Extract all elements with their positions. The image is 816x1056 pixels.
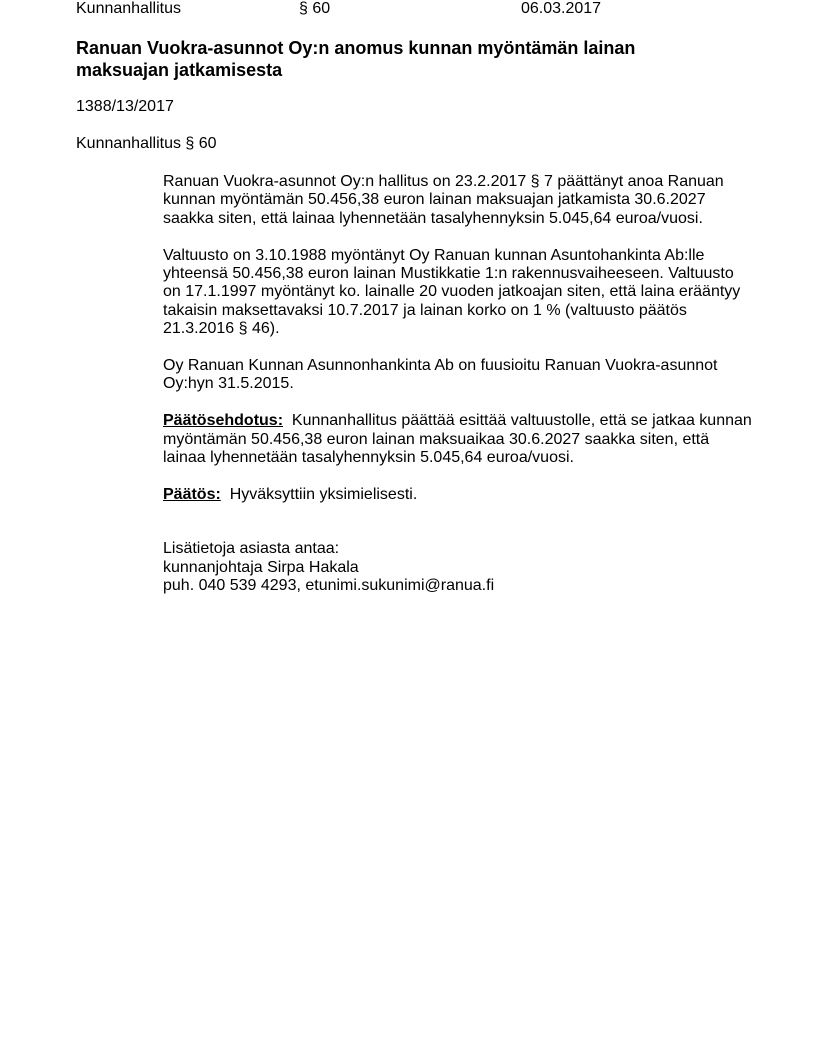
proposal-section: Päätösehdotus: Kunnanhallitus päättää es…	[163, 412, 753, 467]
contact-phone-prefix: puh.	[163, 577, 199, 594]
paragraph-merger: Oy Ranuan Kunnan Asunnonhankinta Ab on f…	[163, 357, 753, 394]
diary-number: 1388/13/2017	[76, 98, 174, 116]
document-body: Ranuan Vuokra-asunnot Oy:n hallitus on 2…	[163, 173, 753, 614]
decision-label: Päätös:	[163, 486, 221, 503]
document-header: Kunnanhallitus § 60 06.03.2017	[0, 0, 816, 18]
contact-phone: 040 539 4293	[199, 577, 297, 594]
contact-info: Lisätietoja asiasta antaa: kunnanjohtaja…	[163, 540, 753, 595]
meeting-reference: Kunnanhallitus § 60	[76, 135, 217, 153]
proposal-label: Päätösehdotus:	[163, 412, 283, 429]
decision-section: Päätös: Hyväksyttiin yksimielisesti.	[163, 486, 753, 504]
paragraph-background: Valtuusto on 3.10.1988 myöntänyt Oy Ranu…	[163, 247, 753, 339]
paragraph-application: Ranuan Vuokra-asunnot Oy:n hallitus on 2…	[163, 173, 753, 228]
header-meeting-date: 06.03.2017	[521, 0, 601, 18]
document-title: Ranuan Vuokra-asunnot Oy:n anomus kunnan…	[76, 37, 716, 81]
header-section-number: § 60	[299, 0, 330, 18]
decision-text: Hyväksyttiin yksimielisesti.	[230, 486, 418, 503]
contact-person: kunnanjohtaja Sirpa Hakala	[163, 559, 359, 576]
contact-intro: Lisätietoja asiasta antaa:	[163, 540, 339, 557]
contact-email: etunimi.sukunimi@ranua.fi	[305, 577, 494, 594]
header-body-name: Kunnanhallitus	[76, 0, 181, 18]
